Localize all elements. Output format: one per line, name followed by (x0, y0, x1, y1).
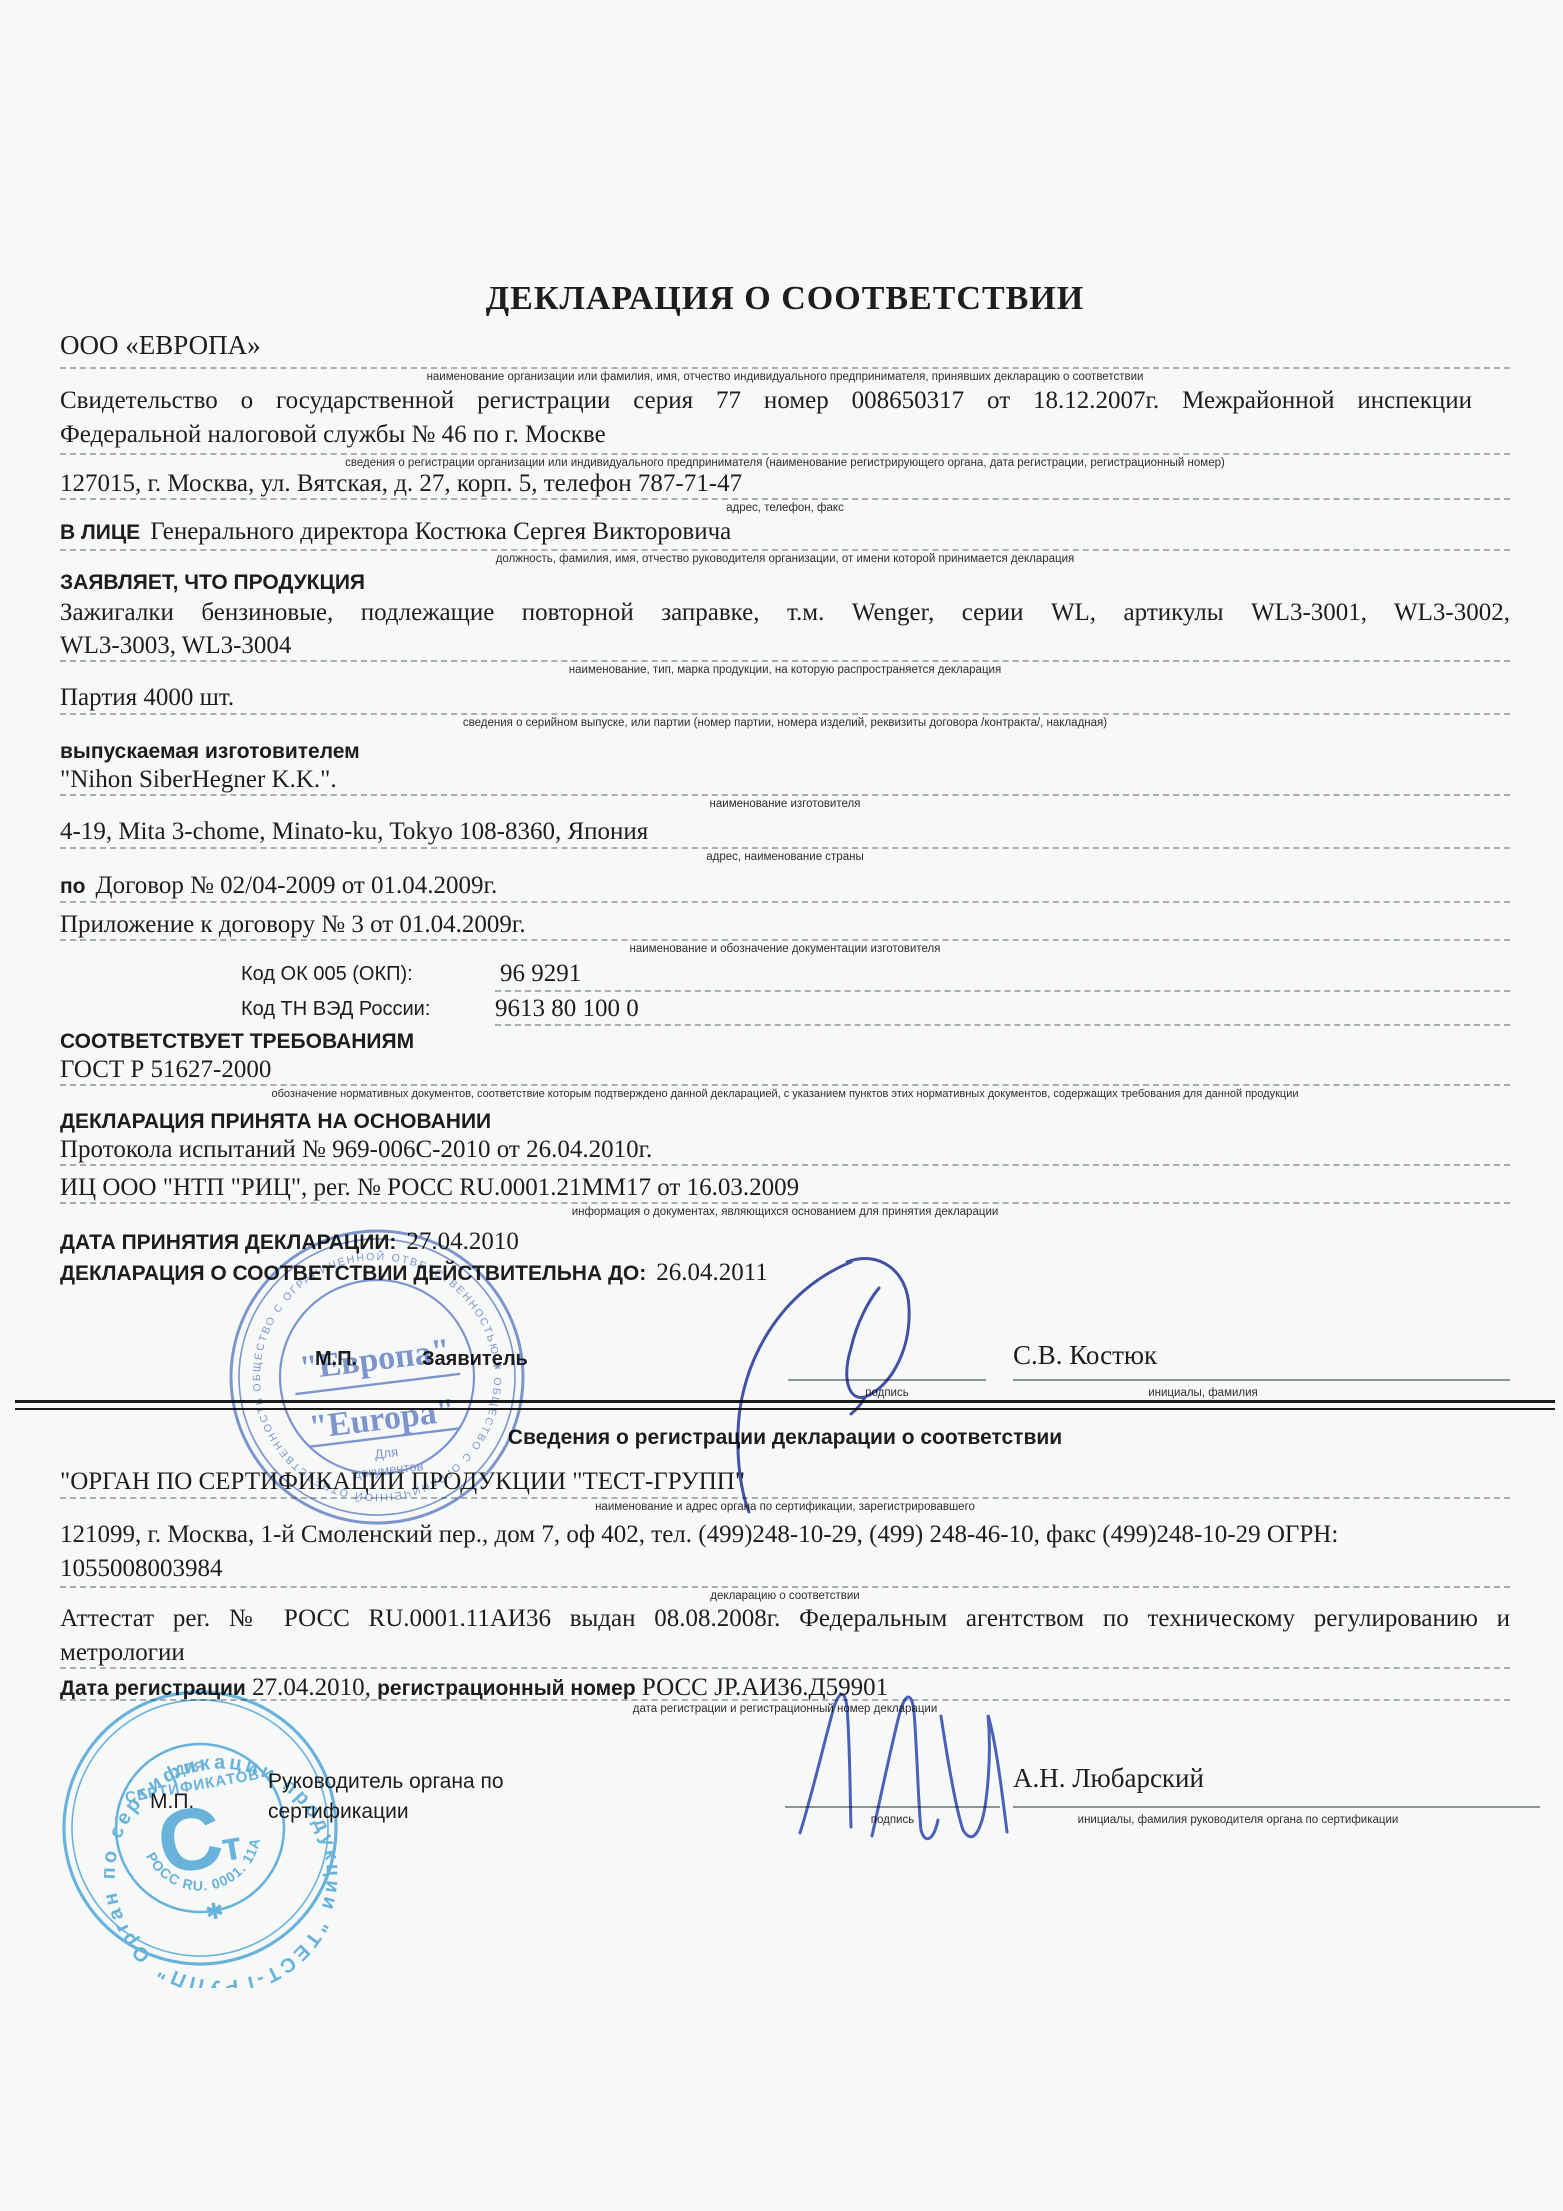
registration-caption: сведения о регистрации организации или и… (60, 457, 1510, 469)
complies-value: ГОСТ Р 51627-2000 (60, 1056, 271, 1084)
registration-line1: Свидетельство о государственной регистра… (60, 387, 1472, 415)
tnved-code-label: Код ТН ВЭД России: (241, 998, 430, 1021)
registration-line2: Федеральной налоговой службы № 46 по г. … (60, 421, 606, 449)
divider (60, 1164, 1510, 1166)
contract-line1: поДоговор № 02/04-2009 от 01.04.2009г. (60, 872, 497, 900)
contract-value: Договор № 02/04-2009 от 01.04.2009г. (96, 872, 498, 899)
declarant-address: 127015, г. Москва, ул. Вятская, д. 27, к… (60, 470, 742, 498)
test-grupp-round-stamp: Орган по сертификации продукции "ТЕСТ-ГР… (40, 1668, 360, 1988)
divider (60, 453, 1510, 455)
manufacturer-address: 4-19, Mita 3-chome, Minato-ku, Tokyo 108… (60, 818, 648, 846)
divider (60, 713, 1510, 715)
okp-code-label: Код ОК 005 (ОКП): (241, 963, 413, 986)
divider (60, 901, 1510, 903)
sign-caption: подпись (785, 1814, 1000, 1826)
in-person-label: В ЛИЦЕ (60, 521, 140, 544)
in-person-value: Генерального директора Костюка Сергея Ви… (150, 518, 731, 545)
declarant-caption: наименование организации или фамилия, им… (60, 371, 1510, 383)
divider (60, 1586, 1510, 1588)
complies-caption: обозначение нормативных документов, соот… (60, 1088, 1510, 1100)
name-caption: инициалы, фамилия (1013, 1387, 1393, 1399)
divider (60, 939, 1510, 941)
signature-kostyuk-ink (738, 1259, 909, 1512)
name-caption: инициалы, фамилия руководителя органа по… (1013, 1814, 1463, 1826)
basis-caption: информация о документах, являющихся осно… (60, 1206, 1510, 1218)
attestation-line1: Аттестат рег. № РОСС RU.0001.11АИ36 выда… (60, 1605, 1510, 1633)
divider (60, 794, 1510, 796)
head-name: А.Н. Любарский (1013, 1763, 1204, 1794)
batch-value: Партия 4000 шт. (60, 684, 234, 712)
valid-until-value: 26.04.2011 (656, 1259, 768, 1286)
cert-body-address-line2: 1055008003984 (60, 1555, 223, 1583)
divider (495, 1024, 1510, 1026)
name-line (1013, 1379, 1510, 1381)
cert-body-address-caption: декларацию о соответствии (60, 1590, 1510, 1602)
europa-stamp-sub2: документов (353, 1458, 425, 1481)
manufacturer-name-caption: наименование изготовителя (60, 798, 1510, 810)
contract-line2: Приложение к договору № 3 от 01.04.2009г… (60, 911, 526, 939)
europa-stamp-name-ru: "Европа" (298, 1332, 453, 1387)
basis-label: ДЕКЛАРАЦИЯ ПРИНЯТА НА ОСНОВАНИИ (60, 1110, 491, 1134)
sign-caption: подпись (788, 1387, 986, 1399)
europa-stamp-sub1: Для (374, 1444, 399, 1462)
manufacturer-name: "Nihon SiberHegner K.K.". (60, 766, 337, 794)
batch-caption: сведения о серийном выпуске, или партии … (60, 717, 1510, 729)
europa-round-stamp: ОБЩЕСТВО С ОГРАНИЧЕННОЙ ОТВЕТСТВЕННОСТЬЮ… (222, 1222, 532, 1532)
reg-num-value: РОСС JP.АИ36.Д59901 (642, 1674, 888, 1701)
basis-line1: Протокола испытаний № 969-006С-2010 от 2… (60, 1136, 652, 1164)
in-person-line: В ЛИЦЕГенерального директора Костюка Сер… (60, 518, 731, 546)
contract-caption: наименование и обозначение документации … (60, 943, 1510, 955)
divider (60, 847, 1510, 849)
test-grupp-stamp-star: ✱ (203, 1897, 225, 1925)
reg-num-label: регистрационный номер (377, 1677, 636, 1700)
product-line2: WL3-3003, WL3-3004 (60, 632, 291, 660)
declaration-document: ДЕКЛАРАЦИЯ О СООТВЕТСТВИИ ООО «ЕВРОПА» н… (0, 0, 1563, 2211)
contract-label: по (60, 875, 86, 898)
address-caption: адрес, телефон, факс (60, 502, 1510, 514)
applicant-name: С.В. Костюк (1013, 1340, 1157, 1371)
declarant-name: ООО «ЕВРОПА» (60, 330, 261, 361)
divider (60, 549, 1510, 551)
divider (60, 498, 1510, 500)
divider (60, 367, 1510, 369)
product-line1: Зажигалки бензиновые, подлежащие повторн… (60, 599, 1510, 627)
okp-code-value: 96 9291 (500, 960, 581, 988)
declares-label: ЗАЯВЛЯЕТ, ЧТО ПРОДУКЦИЯ (60, 571, 365, 595)
page-title: ДЕКЛАРАЦИЯ О СООТВЕТСТВИИ (60, 280, 1510, 318)
divider (495, 990, 1510, 992)
manufacturer-address-caption: адрес, наименование страны (60, 851, 1510, 863)
signature-line (788, 1379, 986, 1381)
tnved-code-value: 9613 80 100 0 (495, 995, 639, 1023)
divider (60, 1084, 1510, 1086)
basis-line2: ИЦ ООО "НТП "РИЦ", рег. № РОСС RU.0001.2… (60, 1174, 799, 1202)
attestation-line2: метрологии (60, 1639, 185, 1667)
product-caption: наименование, тип, марка продукции, на к… (60, 664, 1510, 676)
manufacturer-label: выпускаемая изготовителем (60, 740, 360, 764)
signature-line (785, 1806, 1000, 1808)
divider (60, 1202, 1510, 1204)
divider (60, 660, 1510, 662)
complies-label: СООТВЕТСТВУЕТ ТРЕБОВАНИЯМ (60, 1030, 414, 1054)
in-person-caption: должность, фамилия, имя, отчество руково… (60, 553, 1510, 565)
name-line (1013, 1806, 1540, 1808)
